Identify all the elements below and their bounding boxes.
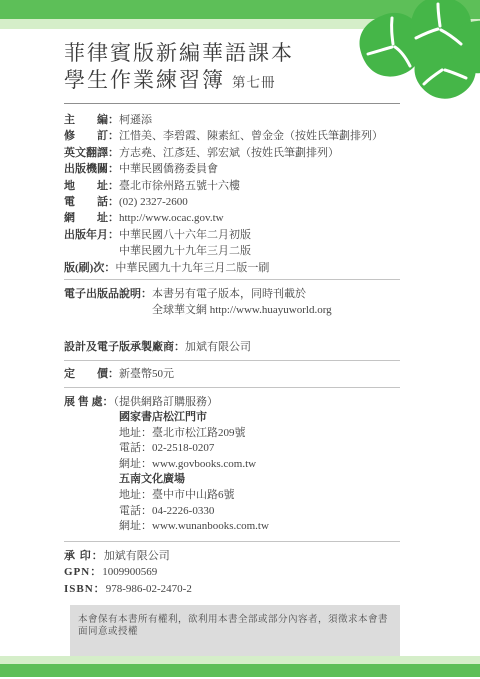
divider	[64, 387, 400, 388]
info-value: 中華民國九十九年三月二版一刷	[115, 262, 269, 274]
isbn-row: ISBN：978-986-02-2470-2	[64, 581, 400, 597]
info-row-revisers: 修 訂：江惜美、李碧霞、陳素紅、曾金金（按姓氏筆劃排列）	[64, 128, 400, 144]
publication-info-list: 主 編：柯遜添 修 訂：江惜美、李碧霞、陳素紅、曾金金（按姓氏筆劃排列） 英文翻…	[64, 112, 400, 276]
epub-row-continued: 全球華文網 http://www.huayuworld.org	[64, 302, 400, 318]
producer-row: 設計及電子版承製廠商：加斌有限公司	[64, 339, 400, 355]
info-row-first-edition: 出版年月：中華民國八十六年二月初版	[64, 227, 400, 243]
epub-line2: 全球華文網 http://www.huayuworld.org	[152, 304, 332, 316]
printer-label: 承 印：	[64, 550, 104, 562]
info-row-address: 地 址：臺北市徐州路五號十六樓	[64, 178, 400, 194]
price-row: 定 價：新臺幣50元	[64, 366, 400, 382]
gpn-label: GPN：	[64, 566, 102, 578]
info-value: 臺北市徐州路五號十六樓	[119, 180, 240, 192]
book-subtitle: 學生作業練習簿第七冊	[64, 67, 400, 96]
info-value: 中華民國九十九年三月二版	[119, 245, 251, 257]
info-value: 中華民國僑務委員會	[119, 163, 218, 175]
info-row-printing: 版(刷)次：中華民國九十九年三月二版一刷	[64, 260, 400, 276]
store-phone: 電話：04-2226-0330	[119, 504, 400, 520]
info-row-website: 網 址：http://www.ocac.gov.tw	[64, 210, 400, 226]
colophon-content: 菲律賓版新編華語課本 學生作業練習簿第七冊 主 編：柯遜添 修 訂：江惜美、李碧…	[64, 40, 400, 656]
gpn-row: GPN：1009900569	[64, 564, 400, 580]
store-block: 國家書店松江門市 地址：臺北市松江路209號 電話：02-2518-0207 網…	[64, 410, 400, 535]
info-label: 網 址：	[64, 212, 119, 224]
info-value: (02) 2327-2600	[119, 196, 188, 208]
info-label: 地 址：	[64, 180, 119, 192]
info-label: 修 訂：	[64, 130, 119, 142]
info-row-second-edition: 中華民國九十九年三月二版	[64, 243, 400, 259]
store-address: 地址：臺中市中山路6號	[119, 488, 400, 504]
price-value: 新臺幣50元	[119, 368, 174, 380]
info-row-editor: 主 編：柯遜添	[64, 112, 400, 128]
printer-value: 加斌有限公司	[104, 550, 170, 562]
imprint-section: 承 印：加斌有限公司 GPN：1009900569 ISBN：978-986-0…	[64, 548, 400, 597]
info-label: 出版年月：	[64, 229, 119, 241]
store-phone: 電話：02-2518-0207	[119, 441, 400, 457]
info-value: 中華民國八十六年二月初版	[119, 229, 251, 241]
divider	[64, 279, 400, 280]
epub-row: 電子出版品說明：本書另有電子版本，同時刊載於	[64, 286, 400, 302]
title-divider	[64, 103, 400, 104]
epub-line1: 本書另有電子版本，同時刊載於	[152, 288, 306, 300]
colophon-page: { "page_title": { "line1": "菲律賓版新編華語課本",…	[0, 0, 480, 679]
isbn-label: ISBN：	[64, 583, 106, 595]
store-name: 國家書店松江門市	[119, 410, 400, 426]
sales-label: 展 售 處：	[64, 396, 114, 408]
info-value: 方志堯、江彥廷、郭宏斌（按姓氏筆劃排列）	[119, 147, 339, 159]
info-row-publisher: 出版機關：中華民國僑務委員會	[64, 161, 400, 177]
sales-header-row: 展 售 處：（提供網路訂購服務）	[64, 394, 400, 410]
epub-label: 電子出版品說明：	[64, 288, 152, 300]
gpn-value: 1009900569	[102, 566, 157, 578]
info-label: 出版機關：	[64, 163, 119, 175]
store-name: 五南文化廣場	[119, 472, 400, 488]
store-address: 地址：臺北市松江路209號	[119, 426, 400, 442]
copyright-notice-box: 本會保有本書所有權利，欲利用本書全部或部分內容者，須徵求本會書面同意或授權	[70, 605, 400, 656]
info-value: 江惜美、李碧霞、陳素紅、曾金金（按姓氏筆劃排列）	[119, 130, 383, 142]
info-label: 主 編：	[64, 114, 119, 126]
info-row-phone: 電 話：(02) 2327-2600	[64, 194, 400, 210]
store-website: 網址：www.wunanbooks.com.tw	[119, 519, 400, 535]
book-title: 菲律賓版新編華語課本	[64, 40, 400, 67]
sales-note: （提供網路訂購服務）	[114, 396, 219, 408]
bottom-green-bar	[0, 664, 480, 677]
price-label: 定 價：	[64, 368, 119, 380]
store-website: 網址：www.govbooks.com.tw	[119, 457, 400, 473]
sales-section: 展 售 處：（提供網路訂購服務） 國家書店松江門市 地址：臺北市松江路209號 …	[64, 394, 400, 535]
subtitle-text: 學生作業練習簿	[64, 68, 225, 92]
info-label: 版(刷)次：	[64, 262, 115, 274]
epub-note-section: 電子出版品說明：本書另有電子版本，同時刊載於 全球華文網 http://www.…	[64, 286, 400, 355]
bottom-light-green-band	[0, 656, 480, 664]
producer-label: 設計及電子版承製廠商：	[64, 341, 185, 353]
info-label: 電 話：	[64, 196, 119, 208]
info-row-translators: 英文翻譯：方志堯、江彥廷、郭宏斌（按姓氏筆劃排列）	[64, 145, 400, 161]
info-label: 英文翻譯：	[64, 147, 119, 159]
divider	[64, 541, 400, 542]
divider	[64, 360, 400, 361]
info-value: 柯遜添	[119, 114, 152, 126]
copyright-notice-text: 本會保有本書所有權利，欲利用本書全部或部分內容者，須徵求本會書面同意或授權	[78, 615, 388, 637]
volume-label: 第七冊	[232, 75, 276, 90]
producer-value: 加斌有限公司	[185, 341, 251, 353]
isbn-value: 978-986-02-2470-2	[106, 583, 192, 595]
printer-row: 承 印：加斌有限公司	[64, 548, 400, 564]
publisher-url: http://www.ocac.gov.tw	[119, 212, 224, 224]
